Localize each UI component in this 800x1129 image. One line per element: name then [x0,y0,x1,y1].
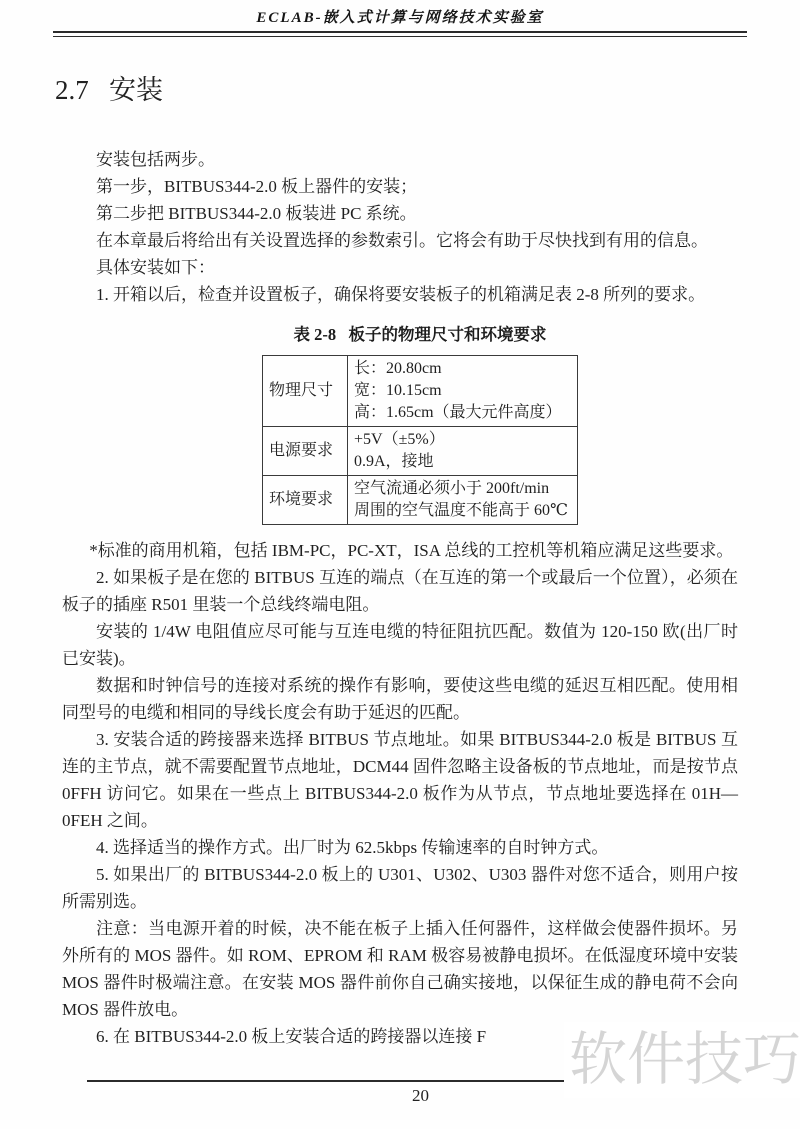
table-row-power: 电源要求 +5V（±5%） 0.9A，接地 [263,427,578,476]
spec-table-block: 表 2-8 板子的物理尺寸和环境要求 物理尺寸 长：20.80cm 宽：10.1… [262,321,578,525]
row-value: 空气流通必须小于 200ft/min 周围的空气温度不能高于 60℃ [348,476,578,525]
intro-paragraph: 安装包括两步。 [62,146,738,173]
row-value-line: 高：1.65cm（最大元件高度） [354,402,571,424]
body-paragraph: 注意：当电源开着的时候，决不能在板子上插入任何器件，这样做会使器件损坏。另外所有… [62,915,738,1023]
row-value-line: 长：20.80cm [354,358,571,380]
table-caption: 表 2-8 板子的物理尺寸和环境要求 [262,321,578,348]
intro-paragraph: 1. 开箱以后，检查并设置板子，确保将要安装板子的机箱满足表 2-8 所列的要求… [62,281,738,308]
header-lab-logo: ECLAB-嵌入式计算与网络技术实验室 [0,6,800,27]
table-row-physical-size: 物理尺寸 长：20.80cm 宽：10.15cm 高：1.65cm（最大元件高度… [263,356,578,427]
row-value-line: 空气流通必须小于 200ft/min [354,478,571,500]
table-row-environment: 环境要求 空气流通必须小于 200ft/min 周围的空气温度不能高于 60℃ [263,476,578,525]
row-label: 电源要求 [263,427,348,476]
row-value: +5V（±5%） 0.9A，接地 [348,427,578,476]
watermark-text: 软件技巧 [564,1022,800,1098]
row-label: 物理尺寸 [263,356,348,427]
section-title: 2.7 安装 [55,68,163,107]
row-value-line: +5V（±5%） [354,429,571,451]
body-text-column: 安装包括两步。 第一步，BITBUS344-2.0 板上器件的安装； 第二步把 … [62,146,738,1050]
row-value-line: 0.9A，接地 [354,451,571,473]
body-paragraph: 4. 选择适当的操作方式。出厂时为 62.5kbps 传输速率的自时钟方式。 [62,834,738,861]
intro-paragraph: 第一步，BITBUS344-2.0 板上器件的安装； [62,173,738,200]
body-paragraph: 安装的 1/4W 电阻值应尽可能与互连电缆的特征阻抗匹配。数值为 120-150… [62,618,738,672]
document-page: ECLAB-嵌入式计算与网络技术实验室 2.7 安装 安装包括两步。 第一步，B… [0,0,800,1129]
row-value: 长：20.80cm 宽：10.15cm 高：1.65cm（最大元件高度） [348,356,578,427]
row-value-line: 周围的空气温度不能高于 60℃ [354,500,571,522]
row-value-line: 宽：10.15cm [354,380,571,402]
body-paragraph: 5. 如果出厂的 BITBUS344-2.0 板上的 U301、U302、U30… [62,861,738,915]
body-paragraph: 3. 安装合适的跨接器来选择 BITBUS 节点地址。如果 BITBUS344-… [62,726,738,834]
intro-paragraph: 具体安装如下： [62,254,738,281]
header-double-rule [53,31,747,37]
page-number: 20 [412,1086,429,1106]
body-paragraph: *标准的商用机箱，包括 IBM-PC，PC-XT，ISA 总线的工控机等机箱应满… [62,537,738,564]
body-paragraph: 数据和时钟信号的连接对系统的操作有影响，要使这些电缆的延迟互相匹配。使用相同型号… [62,672,738,726]
spec-table: 物理尺寸 长：20.80cm 宽：10.15cm 高：1.65cm（最大元件高度… [262,355,578,525]
row-label: 环境要求 [263,476,348,525]
intro-paragraph: 第二步把 BITBUS344-2.0 板装进 PC 系统。 [62,200,738,227]
body-paragraph: 2. 如果板子是在您的 BITBUS 互连的端点（在互连的第一个或最后一个位置）… [62,564,738,618]
intro-paragraph: 在本章最后将给出有关设置选择的参数索引。它将会有助于尽快找到有用的信息。 [62,227,738,254]
